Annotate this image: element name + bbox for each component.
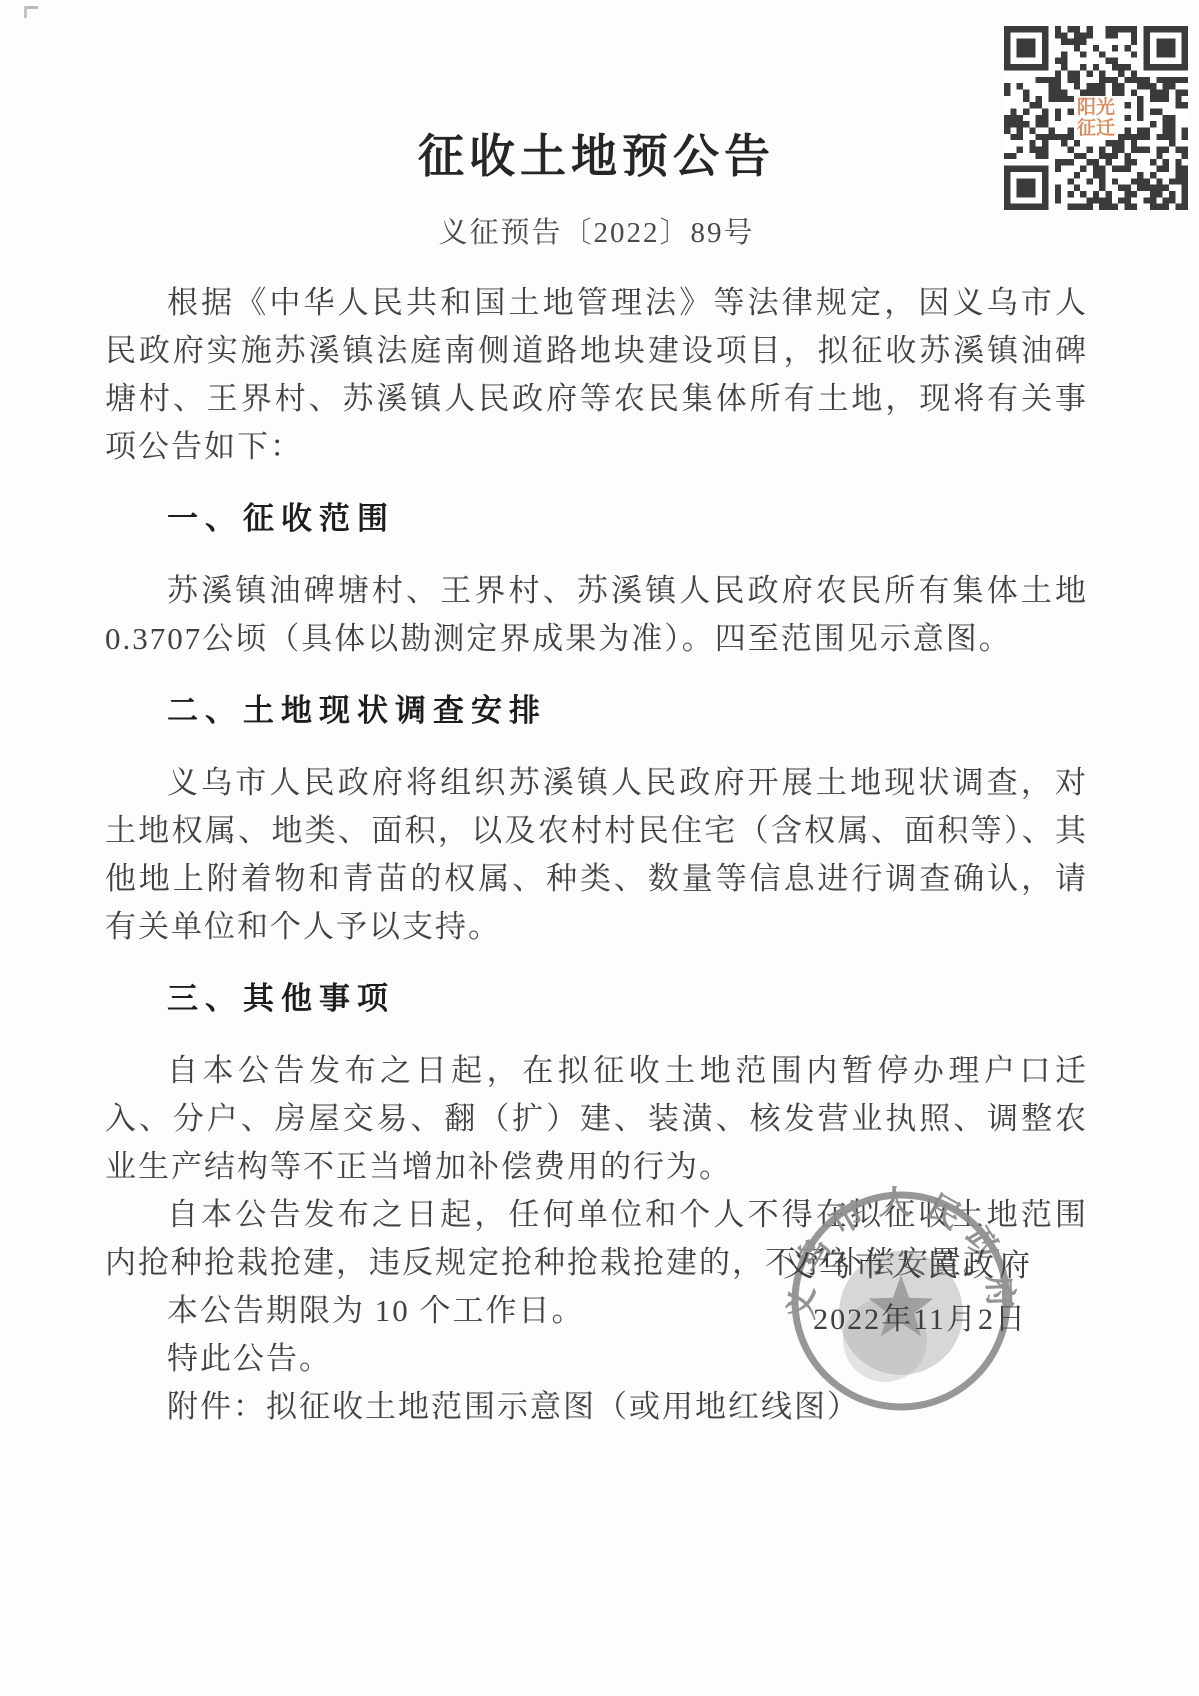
document-number: 义征预告〔2022〕89号 bbox=[105, 210, 1088, 251]
signature-issuer: 义乌市人民政府 bbox=[783, 1240, 1035, 1285]
section-3-paragraph-1: 自本公告发布之日起，在拟征收土地范围内暂停办理户口迁入、分户、房屋交易、翻（扩）… bbox=[105, 1047, 1088, 1191]
section-2-paragraph: 义乌市人民政府将组织苏溪镇人民政府开展土地现状调查，对土地权属、地类、面积，以及… bbox=[105, 759, 1088, 951]
scanned-announcement-page: 阳光 征迁 征收土地预公告 义征预告〔2022〕89号 根据《中华人民共和国土地… bbox=[0, 0, 1199, 1696]
document-title: 征收土地预公告 bbox=[105, 120, 1088, 186]
intro-paragraph: 根据《中华人民共和国土地管理法》等法律规定，因义乌市人民政府实施苏溪镇法庭南侧道… bbox=[105, 279, 1088, 471]
section-1-heading: 一、征收范围 bbox=[105, 497, 1088, 541]
signature-date: 2022年11月2日 bbox=[813, 1294, 1027, 1338]
section-2-heading: 二、土地现状调查安排 bbox=[105, 689, 1088, 733]
section-3-heading: 三、其他事项 bbox=[105, 977, 1088, 1021]
scan-artifact bbox=[24, 6, 27, 18]
section-1-paragraph: 苏溪镇油碑塘村、王界村、苏溪镇人民政府农民所有集体土地0.3707公顷（具体以勘… bbox=[105, 567, 1088, 663]
